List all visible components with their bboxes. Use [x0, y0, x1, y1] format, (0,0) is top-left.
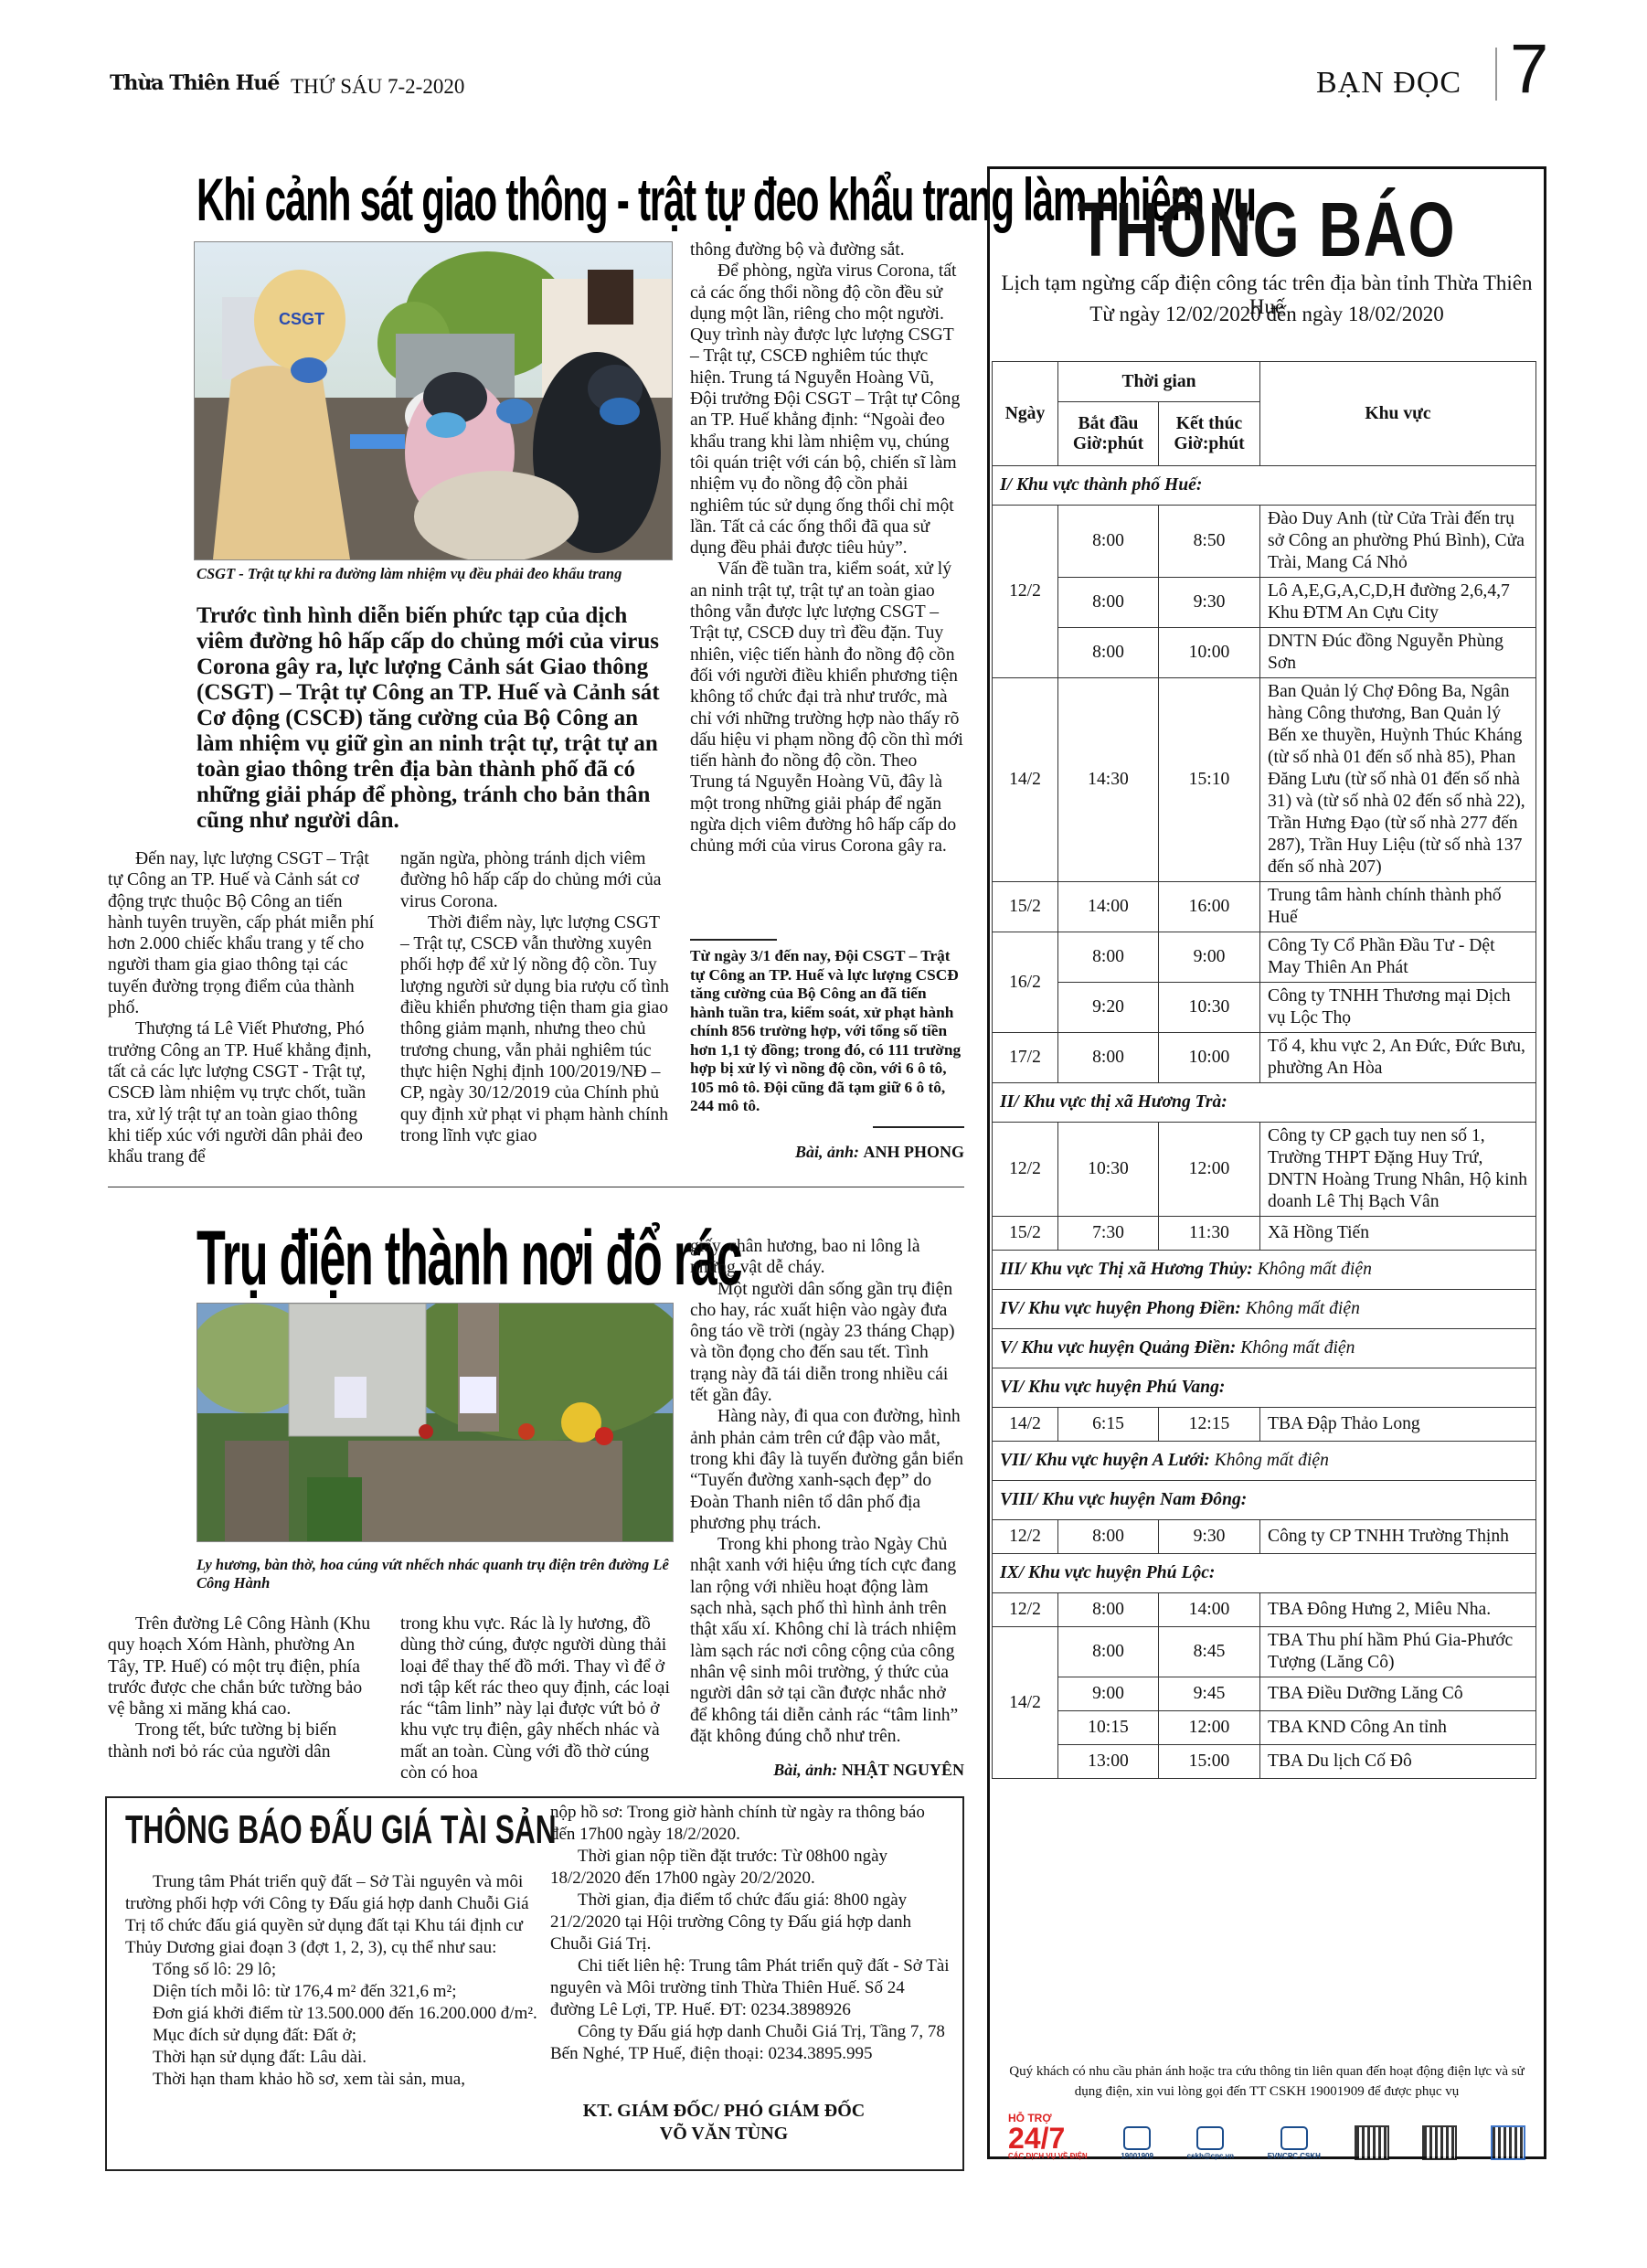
article2-headline: Trụ điện thành nơi đổ rác: [197, 1214, 741, 1303]
paragraph: ngăn ngừa, phòng tránh dịch viêm đường h…: [400, 848, 673, 912]
table-row: 15/27:3011:30Xã Hồng Tiến: [993, 1217, 1536, 1251]
end-cell: 10:30: [1159, 983, 1260, 1033]
table-row: 14/28:008:45TBA Thu phí hầm Phú Gia-Phướ…: [993, 1627, 1536, 1677]
traffic-police-photo-icon: CSGT: [195, 242, 672, 559]
end-cell: 16:00: [1159, 882, 1260, 932]
section-row: VII/ Khu vực huyện A Lưới: Không mất điệ…: [993, 1442, 1536, 1481]
byline-label: Bài, ảnh:: [773, 1761, 837, 1779]
end-cell: 14:00: [1159, 1593, 1260, 1627]
paragraph: Thời gian nộp tiền đặt trước: Từ 08h00 n…: [550, 1846, 952, 1890]
start-cell: 6:15: [1058, 1408, 1159, 1442]
section-label: VIII/ Khu vực huyện Nam Đông:: [993, 1481, 1536, 1520]
paragraph: Thời hạn sử dụng đất: Lâu dài.: [125, 2047, 541, 2069]
paragraph: Mục đích sử dụng đất: Đất ở;: [125, 2025, 541, 2047]
paragraph: Thời gian, địa điểm tổ chức đấu giá: 8h0…: [550, 1890, 952, 1955]
byline-rule: [873, 1126, 964, 1128]
table-row: 12/28:009:30Công ty CP TNHH Trường Thịnh: [993, 1520, 1536, 1554]
paragraph: Vấn đề tuần tra, kiểm soát, xử lý an nin…: [690, 559, 964, 857]
section-row: II/ Khu vực thị xã Hương Trà:: [993, 1083, 1536, 1123]
article1-stats-box: Từ ngày 3/1 đến nay, Đội CSGT – Trật tự …: [690, 947, 964, 1116]
article-separator: [108, 1187, 964, 1187]
area-cell: Công ty CP gạch tuy nen số 1, Trường THP…: [1260, 1123, 1536, 1217]
area-cell: TBA KND Công An tỉnh: [1260, 1711, 1536, 1745]
article1-photo-caption: CSGT - Trật tự khi ra đường làm nhiệm vụ…: [197, 565, 672, 583]
page-number: 7: [1510, 33, 1548, 106]
paragraph: Trong khi phong trào Ngày Chủ nhật xanh …: [690, 1534, 964, 1747]
day-cell: 14/2: [993, 678, 1058, 882]
area-cell: TBA Thu phí hầm Phú Gia-Phước Tượng (Lăn…: [1260, 1627, 1536, 1677]
table-row: 8:009:30Lô A,E,G,A,C,D,H đường 2,6,4,7 K…: [993, 578, 1536, 628]
paragraph: Hàng này, đi qua con đường, hình ảnh phả…: [690, 1406, 964, 1534]
day-cell: 16/2: [993, 932, 1058, 1033]
byline-label: Bài, ảnh:: [795, 1143, 859, 1161]
auction-column-left: Trung tâm Phát triển quỹ đất – Sở Tài ng…: [125, 1871, 541, 2091]
byline-author: NHẬT NGUYÊN: [842, 1761, 964, 1779]
section-label: II/ Khu vực thị xã Hương Trà:: [993, 1083, 1536, 1123]
paragraph: Tổng số lô: 29 lô;: [125, 1959, 541, 1981]
day-cell: 12/2: [993, 506, 1058, 678]
app-store-qr-icon[interactable]: [1422, 2125, 1457, 2160]
signature-title: KT. GIÁM ĐỐC/ PHÓ GIÁM ĐỐC: [559, 2100, 888, 2123]
area-cell: TBA Đập Thảo Long: [1260, 1408, 1536, 1442]
article2-column-a: Trên đường Lê Công Hành (Khu quy hoạch X…: [108, 1613, 377, 1762]
end-cell: 8:45: [1159, 1627, 1260, 1677]
paragraph: Diện tích mỗi lô: từ 176,4 m² đến 321,6 …: [125, 1981, 541, 2003]
start-cell: 14:30: [1058, 678, 1159, 882]
area-cell: TBA Đông Hưng 2, Miêu Nha.: [1260, 1593, 1536, 1627]
paragraph: Công ty Đấu giá hợp danh Chuỗi Giá Trị, …: [550, 2021, 952, 2065]
section-row: VI/ Khu vực huyện Phú Vang:: [993, 1368, 1536, 1408]
newspaper-name: Thừa Thiên Huế: [110, 71, 279, 95]
section-row: IV/ Khu vực huyện Phong Điền: Không mất …: [993, 1290, 1536, 1329]
table-row: 12/28:0014:00TBA Đông Hưng 2, Miêu Nha.: [993, 1593, 1536, 1627]
section-row: III/ Khu vực Thị xã Hương Thủy: Không mấ…: [993, 1251, 1536, 1290]
outage-schedule-table: Ngày Thời gian Khu vực Bắt đầuGiờ:phút K…: [992, 361, 1536, 1779]
end-cell: 9:45: [1159, 1677, 1260, 1711]
paragraph: Để phòng, ngừa virus Corona, tất cả các …: [690, 261, 964, 559]
start-cell: 9:20: [1058, 983, 1159, 1033]
paragraph: Thượng tá Lê Viết Phương, Phó trưởng Côn…: [108, 1018, 377, 1167]
area-cell: Xã Hồng Tiến: [1260, 1217, 1536, 1251]
auction-column-right: nộp hồ sơ: Trong giờ hành chính từ ngày …: [550, 1802, 952, 2065]
table-row: 8:0010:00DNTN Đúc đồng Nguyễn Phùng Sơn: [993, 628, 1536, 678]
section-label: III/ Khu vực Thị xã Hương Thủy: Không mấ…: [993, 1251, 1536, 1290]
start-cell: 8:00: [1058, 628, 1159, 678]
table-row: 15/214:0016:00Trung tâm hành chính thành…: [993, 882, 1536, 932]
section-label: I/ Khu vực thành phố Huế:: [993, 466, 1536, 506]
end-cell: 12:15: [1159, 1408, 1260, 1442]
schedule-body: I/ Khu vực thành phố Huế:12/28:008:50Đào…: [993, 466, 1536, 1779]
article1-column-b: ngăn ngừa, phòng tránh dịch viêm đường h…: [400, 848, 673, 1146]
area-cell: Công Ty Cổ Phần Đầu Tư - Dệt May Thiên A…: [1260, 932, 1536, 983]
start-cell: 8:00: [1058, 1520, 1159, 1554]
start-cell: 10:15: [1058, 1711, 1159, 1745]
phone-icon[interactable]: 19001909: [1121, 2126, 1153, 2160]
day-cell: 14/2: [993, 1408, 1058, 1442]
start-cell: 8:00: [1058, 1627, 1159, 1677]
day-cell: 12/2: [993, 1123, 1058, 1217]
paragraph: Thời hạn tham khảo hồ sơ, xem tài sản, m…: [125, 2069, 541, 2091]
boxnote-rule: [690, 939, 777, 941]
paragraph: Trên đường Lê Công Hành (Khu quy hoạch X…: [108, 1613, 377, 1720]
header-start: Bắt đầuGiờ:phút: [1058, 402, 1159, 466]
article1-photo: CSGT: [194, 241, 673, 560]
section-name: BẠN ĐỌC: [1316, 66, 1461, 101]
end-cell: 15:00: [1159, 1745, 1260, 1779]
start-cell: 8:00: [1058, 1593, 1159, 1627]
end-cell: 9:00: [1159, 932, 1260, 983]
start-cell: 8:00: [1058, 1033, 1159, 1083]
area-cell: Trung tâm hành chính thành phố Huế: [1260, 882, 1536, 932]
article2-photo: [197, 1303, 674, 1542]
header-day: Ngày: [993, 362, 1058, 466]
paragraph: nộp hồ sơ: Trong giờ hành chính từ ngày …: [550, 1802, 952, 1846]
start-cell: 8:00: [1058, 578, 1159, 628]
table-row: 10:1512:00TBA KND Công An tỉnh: [993, 1711, 1536, 1745]
table-row: 12/210:3012:00Công ty CP gạch tuy nen số…: [993, 1123, 1536, 1217]
section-row: IX/ Khu vực huyện Phú Lộc:: [993, 1554, 1536, 1593]
end-cell: 9:30: [1159, 578, 1260, 628]
article1-column-c: thông đường bộ và đường sắt. Để phòng, n…: [690, 240, 964, 857]
end-cell: 10:00: [1159, 628, 1260, 678]
table-row: 14/26:1512:15TBA Đập Thảo Long: [993, 1408, 1536, 1442]
paragraph: Trong tết, bức tường bị biến thành nơi b…: [108, 1720, 377, 1762]
article2-column-b: trong khu vực. Rác là ly hương, đồ dùng …: [400, 1613, 673, 1784]
paragraph: giấy, chân hương, bao ni lông là những v…: [690, 1236, 964, 1279]
contact-icons: HỖ TRỢ 24/7 CÁC DỊCH VỤ VỀ ĐIỆN 19001909…: [1008, 2107, 1525, 2160]
article1-lead: Trước tình hình diễn biến phức tạp của d…: [197, 603, 672, 834]
start-cell: 14:00: [1058, 882, 1159, 932]
notice-footer: Quý khách có nhu cầu phản ánh hoặc tra c…: [1003, 2061, 1531, 2102]
paragraph: Thời điểm này, lực lượng CSGT – Trật tự,…: [400, 912, 673, 1146]
paragraph: Trung tâm Phát triển quỹ đất – Sở Tài ng…: [125, 1871, 541, 1959]
paragraph: trong khu vực. Rác là ly hương, đồ dùng …: [400, 1613, 673, 1784]
paragraph: Chi tiết liên hệ: Trung tâm Phát triển q…: [550, 1955, 952, 2021]
start-cell: 13:00: [1058, 1745, 1159, 1779]
table-row: 16/28:009:00Công Ty Cổ Phần Đầu Tư - Dệt…: [993, 932, 1536, 983]
area-cell: Đào Duy Anh (từ Cửa Trài đến trụ sở Công…: [1260, 506, 1536, 578]
day-cell: 14/2: [993, 1627, 1058, 1779]
auction-title: THÔNG BÁO ĐẤU GIÁ TÀI SẢN: [125, 1807, 557, 1853]
utility-pole-trash-photo-icon: [197, 1304, 673, 1541]
day-cell: 15/2: [993, 1217, 1058, 1251]
article2-column-c: giấy, chân hương, bao ni lông là những v…: [690, 1236, 964, 1747]
end-cell: 12:00: [1159, 1123, 1260, 1217]
section-label: VI/ Khu vực huyện Phú Vang:: [993, 1368, 1536, 1408]
auction-signature: KT. GIÁM ĐỐC/ PHÓ GIÁM ĐỐC VÕ VĂN TÙNG: [559, 2100, 888, 2146]
paragraph: thông đường bộ và đường sắt.: [690, 240, 964, 261]
issue-date: THỨ SÁU 7-2-2020: [291, 75, 464, 99]
byline-author: ANH PHONG: [864, 1143, 965, 1161]
start-cell: 8:00: [1058, 506, 1159, 578]
day-cell: 12/2: [993, 1593, 1058, 1627]
table-row: 9:009:45TBA Điều Dưỡng Lăng Cô: [993, 1677, 1536, 1711]
area-cell: TBA Điều Dưỡng Lăng Cô: [1260, 1677, 1536, 1711]
area-cell: Tổ 4, khu vực 2, An Đức, Đức Bưu, phường…: [1260, 1033, 1536, 1083]
area-cell: Ban Quản lý Chợ Đông Ba, Ngân hàng Công …: [1260, 678, 1536, 882]
area-cell: Công ty TNHH Thương mại Dịch vụ Lộc Thọ: [1260, 983, 1536, 1033]
zalo-qr-icon[interactable]: [1491, 2125, 1525, 2160]
header-area: Khu vực: [1260, 362, 1536, 466]
day-cell: 15/2: [993, 882, 1058, 932]
table-row: 9:2010:30Công ty TNHH Thương mại Dịch vụ…: [993, 983, 1536, 1033]
email-icon[interactable]: cskh@cpc.vn: [1187, 2126, 1234, 2160]
section-row: VIII/ Khu vực huyện Nam Đông:: [993, 1481, 1536, 1520]
article1-column-a: Đến nay, lực lượng CSGT – Trật tự Công a…: [108, 848, 377, 1167]
section-label: V/ Khu vực huyện Quảng Điền: Không mất đ…: [993, 1329, 1536, 1368]
end-cell: 8:50: [1159, 506, 1260, 578]
article1-byline: Bài, ảnh: ANH PHONG: [690, 1143, 964, 1162]
section-label: VII/ Khu vực huyện A Lưới: Không mất điệ…: [993, 1442, 1536, 1481]
area-cell: Lô A,E,G,A,C,D,H đường 2,6,4,7 Khu ĐTM A…: [1260, 578, 1536, 628]
notice-date-range: Từ ngày 12/02/2020 đến ngày 18/02/2020: [990, 303, 1544, 326]
section-row: V/ Khu vực huyện Quảng Điền: Không mất đ…: [993, 1329, 1536, 1368]
header-divider: [1495, 48, 1497, 101]
power-outage-notice: THÔNG BÁO Lịch tạm ngừng cấp điện công t…: [987, 166, 1546, 2159]
start-cell: 9:00: [1058, 1677, 1159, 1711]
svg-text:CSGT: CSGT: [279, 310, 324, 328]
table-row: 12/28:008:50Đào Duy Anh (từ Cửa Trài đến…: [993, 506, 1536, 578]
section-label: IV/ Khu vực huyện Phong Điền: Không mất …: [993, 1290, 1536, 1329]
section-label: IX/ Khu vực huyện Phú Lộc:: [993, 1554, 1536, 1593]
app-icon[interactable]: EVNCPC CSKH: [1268, 2126, 1321, 2160]
table-row: 17/28:0010:00Tổ 4, khu vực 2, An Đức, Đứ…: [993, 1033, 1536, 1083]
support-24-7-badge: HỖ TRỢ 24/7 CÁC DỊCH VỤ VỀ ĐIỆN: [1008, 2113, 1088, 2160]
area-cell: TBA Du lịch Cố Đô: [1260, 1745, 1536, 1779]
article2-photo-caption: Ly hương, bàn thờ, hoa cúng vứt nhếch nh…: [197, 1556, 672, 1592]
start-cell: 7:30: [1058, 1217, 1159, 1251]
area-cell: Công ty CP TNHH Trường Thịnh: [1260, 1520, 1536, 1554]
article2-byline: Bài, ảnh: NHẬT NGUYÊN: [690, 1761, 964, 1780]
start-cell: 8:00: [1058, 932, 1159, 983]
google-play-qr-icon[interactable]: [1355, 2125, 1389, 2160]
end-cell: 9:30: [1159, 1520, 1260, 1554]
section-row: I/ Khu vực thành phố Huế:: [993, 466, 1536, 506]
end-cell: 10:00: [1159, 1033, 1260, 1083]
end-cell: 15:10: [1159, 678, 1260, 882]
day-cell: 17/2: [993, 1033, 1058, 1083]
area-cell: DNTN Đúc đồng Nguyễn Phùng Sơn: [1260, 628, 1536, 678]
table-row: 13:0015:00TBA Du lịch Cố Đô: [993, 1745, 1536, 1779]
day-cell: 12/2: [993, 1520, 1058, 1554]
signature-name: VÕ VĂN TÙNG: [559, 2123, 888, 2146]
paragraph: Đến nay, lực lượng CSGT – Trật tự Công a…: [108, 848, 377, 1018]
end-cell: 11:30: [1159, 1217, 1260, 1251]
end-cell: 12:00: [1159, 1711, 1260, 1745]
header-time: Thời gian: [1058, 362, 1260, 402]
auction-notice-box: THÔNG BÁO ĐẤU GIÁ TÀI SẢN Trung tâm Phát…: [105, 1796, 964, 2171]
paragraph: Đơn giá khởi điểm từ 13.500.000 đến 16.2…: [125, 2003, 541, 2025]
start-cell: 10:30: [1058, 1123, 1159, 1217]
header-end: Kết thúcGiờ:phút: [1159, 402, 1260, 466]
paragraph: Một người dân sống gần trụ điện cho hay,…: [690, 1279, 964, 1407]
notice-title: THÔNG BÁO: [1051, 186, 1483, 274]
table-row: 14/214:3015:10Ban Quản lý Chợ Đông Ba, N…: [993, 678, 1536, 882]
